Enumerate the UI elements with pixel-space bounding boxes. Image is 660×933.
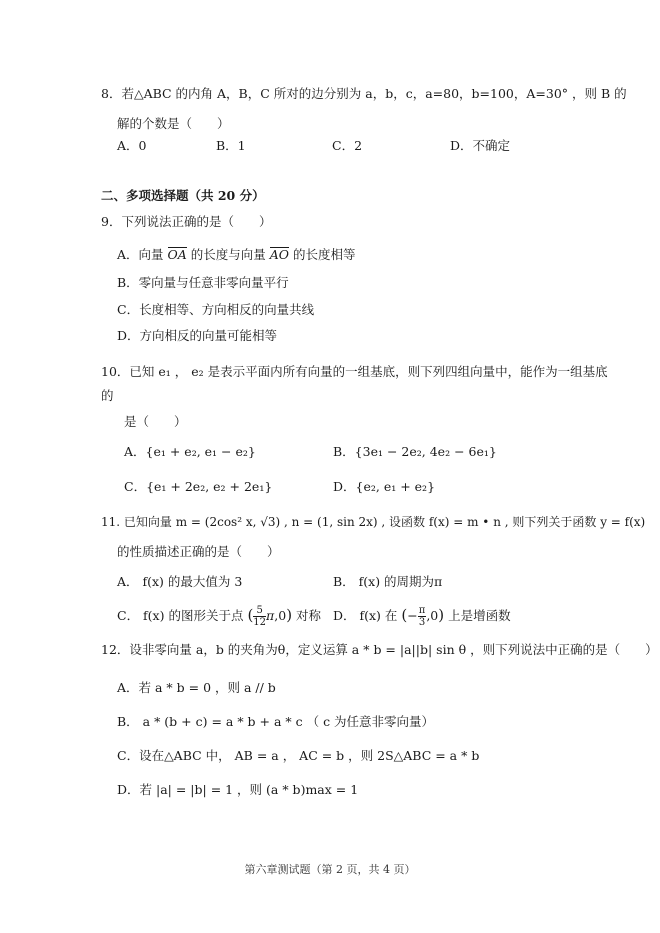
fraction-5-12: 512 (253, 605, 266, 628)
q9-option-a: A．向量 OA 的长度与向量 AO 的长度相等 (117, 247, 356, 263)
q11-option-c: C． f(x) 的图形关于点 (512π,0) 对称 (117, 598, 321, 633)
q11-option-c-prefix: C． f(x) 的图形关于点 (117, 608, 243, 623)
q9-option-a-mid: 的长度与向量 (191, 247, 266, 262)
q10-stem-line1: 10．已知 e₁ ， e₂ 是表示平面内所有向量的一组基底，则下列四组向量中，能… (101, 364, 608, 380)
q10-stem-line3: 是（ ） (124, 414, 187, 430)
q9-option-b: B．零向量与任意非零向量平行 (117, 275, 289, 291)
q8-stem-line1: 8．若△ABC 的内角 A，B，C 所对的边分别为 a，b，c，a=80，b=1… (101, 86, 627, 102)
q9-option-d: D．方向相反的向量可能相等 (117, 328, 277, 344)
q9-option-c: C．长度相等、方向相反的向量共线 (117, 302, 314, 318)
q11-stem-line2: 的性质描述正确的是（ ） (117, 544, 280, 560)
q12-option-d: D．若 |a| = |b| = 1 ，则 (a * b)max = 1 (117, 782, 358, 798)
q12-option-c: C．设在△ABC 中， AB = a ， AC = b ，则 2S△ABC = … (117, 748, 479, 764)
q11-option-d: D． f(x) 在 (−π3,0) 上是增函数 (333, 598, 511, 633)
q10-stem-line2: 的 (101, 388, 114, 404)
q10-option-b: B．{3e₁ − 2e₂, 4e₂ − 6e₁} (333, 444, 497, 460)
q11-option-a: A． f(x) 的最大值为 3 (117, 574, 242, 590)
q8-option-d: D．不确定 (450, 138, 510, 154)
vector-oa: OA (168, 247, 187, 263)
q11-option-c-suffix: 对称 (296, 608, 321, 623)
q11-stem-line1: 11. 已知向量 m = (2cos² x, √3) , n = (1, sin… (101, 514, 645, 530)
q9-option-a-prefix: A．向量 (117, 247, 164, 262)
q10-option-a: A．{e₁ + e₂, e₁ − e₂} (124, 444, 256, 460)
q8-option-a: A．0 (117, 138, 146, 154)
q8-stem-line2: 解的个数是（ ） (117, 116, 230, 132)
q12-option-a: A．若 a * b = 0 ，则 a // b (117, 680, 276, 696)
q8-option-b: B．1 (216, 138, 246, 154)
page-footer: 第六章测试题（第 2 页，共 4 页） (0, 861, 660, 877)
q11-option-d-suffix: 上是增函数 (448, 608, 511, 623)
q10-option-c: C．{e₁ + 2e₂, e₂ + 2e₁} (124, 479, 272, 495)
q9-stem: 9．下列说法正确的是（ ） (101, 214, 271, 230)
q10-option-d: D．{e₂, e₁ + e₂} (333, 479, 435, 495)
section-title-multiple-choice: 二、多项选择题（共 20 分） (101, 188, 265, 204)
fraction-pi-3: π3 (418, 605, 427, 628)
vector-ao: AO (270, 247, 289, 263)
q9-option-a-suffix: 的长度相等 (293, 247, 356, 262)
q12-option-b: B． a * (b + c) = a * b + a * c （ c 为任意非零… (117, 714, 434, 730)
q12-stem: 12．设非零向量 a，b 的夹角为θ，定义运算 a * b = |a||b| s… (101, 642, 658, 658)
q11-option-d-prefix: D． f(x) 在 (333, 608, 397, 623)
q8-option-c: C．2 (332, 138, 362, 154)
q11-option-b: B． f(x) 的周期为π (333, 574, 442, 590)
